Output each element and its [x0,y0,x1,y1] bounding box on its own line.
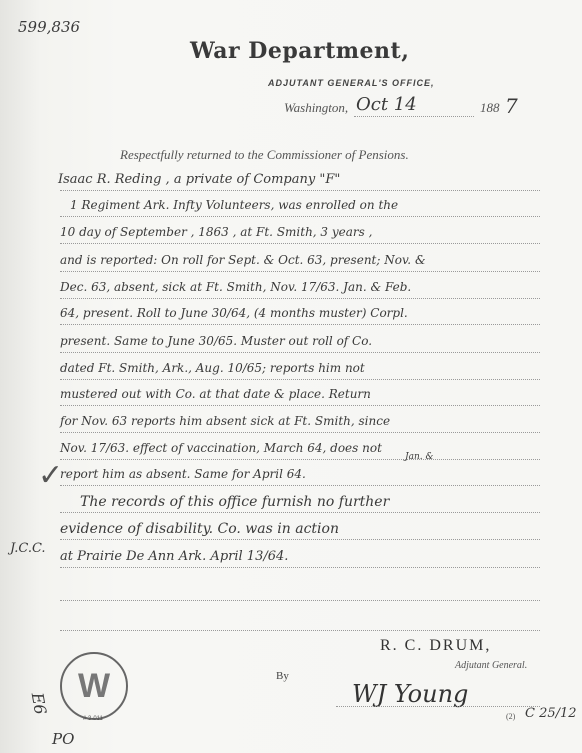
preamble: Respectfully returned to the Commissione… [120,147,409,163]
check-mark-icon: ✓ [38,458,63,493]
margin-initials: J.C.C. [10,541,46,556]
body-line: Nov. 17/63. effect of vaccination, March… [60,441,382,455]
footer-code: C 25/12 [525,706,577,721]
document-page: 599,836 War Department, ADJUTANT GENERAL… [0,0,582,753]
file-number: 599,836 [18,18,80,36]
header-office: ADJUTANT GENERAL'S OFFICE, [268,78,434,88]
margin-note-1: E6 [28,691,51,716]
signatory-name: R. C. DRUM, [380,637,491,655]
body-line: 64, present. Roll to June 30/64, (4 mont… [60,306,408,320]
header-date: Oct 14 [356,94,417,115]
body-line: Isaac R. Reding , a private of Company "… [58,172,340,187]
header-year-prefix: 188 [480,100,500,116]
header-place-label: Washington, [284,100,348,116]
body-line: 10 day of September , 1863 , at Ft. Smit… [60,225,372,239]
signatory-title: Adjutant General. [455,660,527,671]
w-stamp: W [60,652,128,720]
stamp-letter: W [78,667,110,706]
body-line: report him as absent. Same for April 64. [60,467,306,481]
stamp-caption: # 3-011 [83,716,103,722]
body-line: 1 Regiment Ark. Infty Volunteers, was en… [70,198,398,212]
body-line: and is reported: On roll for Sept. & Oct… [60,253,426,267]
interlineation: Jan. & [405,452,434,462]
body-line: evidence of disability. Co. was in actio… [60,521,339,537]
margin-note-2: PO [52,730,74,748]
body-line: present. Same to June 30/65. Muster out … [60,334,372,348]
body-line: at Prairie De Ann Ark. April 13/64. [60,549,288,564]
body-line: The records of this office furnish no fu… [80,494,389,510]
body-line: mustered out with Co. at that date & pla… [60,387,371,401]
body-line: Dec. 63, absent, sick at Ft. Smith, Nov.… [60,280,411,294]
signature: WJ Young [352,680,468,708]
body-line: dated Ft. Smith, Ark., Aug. 10/65; repor… [60,361,365,375]
header-title: War Department, [190,38,409,64]
by-label: By [276,670,289,682]
header-year-suffix: 7 [505,94,518,118]
page-mark: (2) [506,712,515,721]
body-line: for Nov. 63 reports him absent sick at F… [60,414,390,428]
